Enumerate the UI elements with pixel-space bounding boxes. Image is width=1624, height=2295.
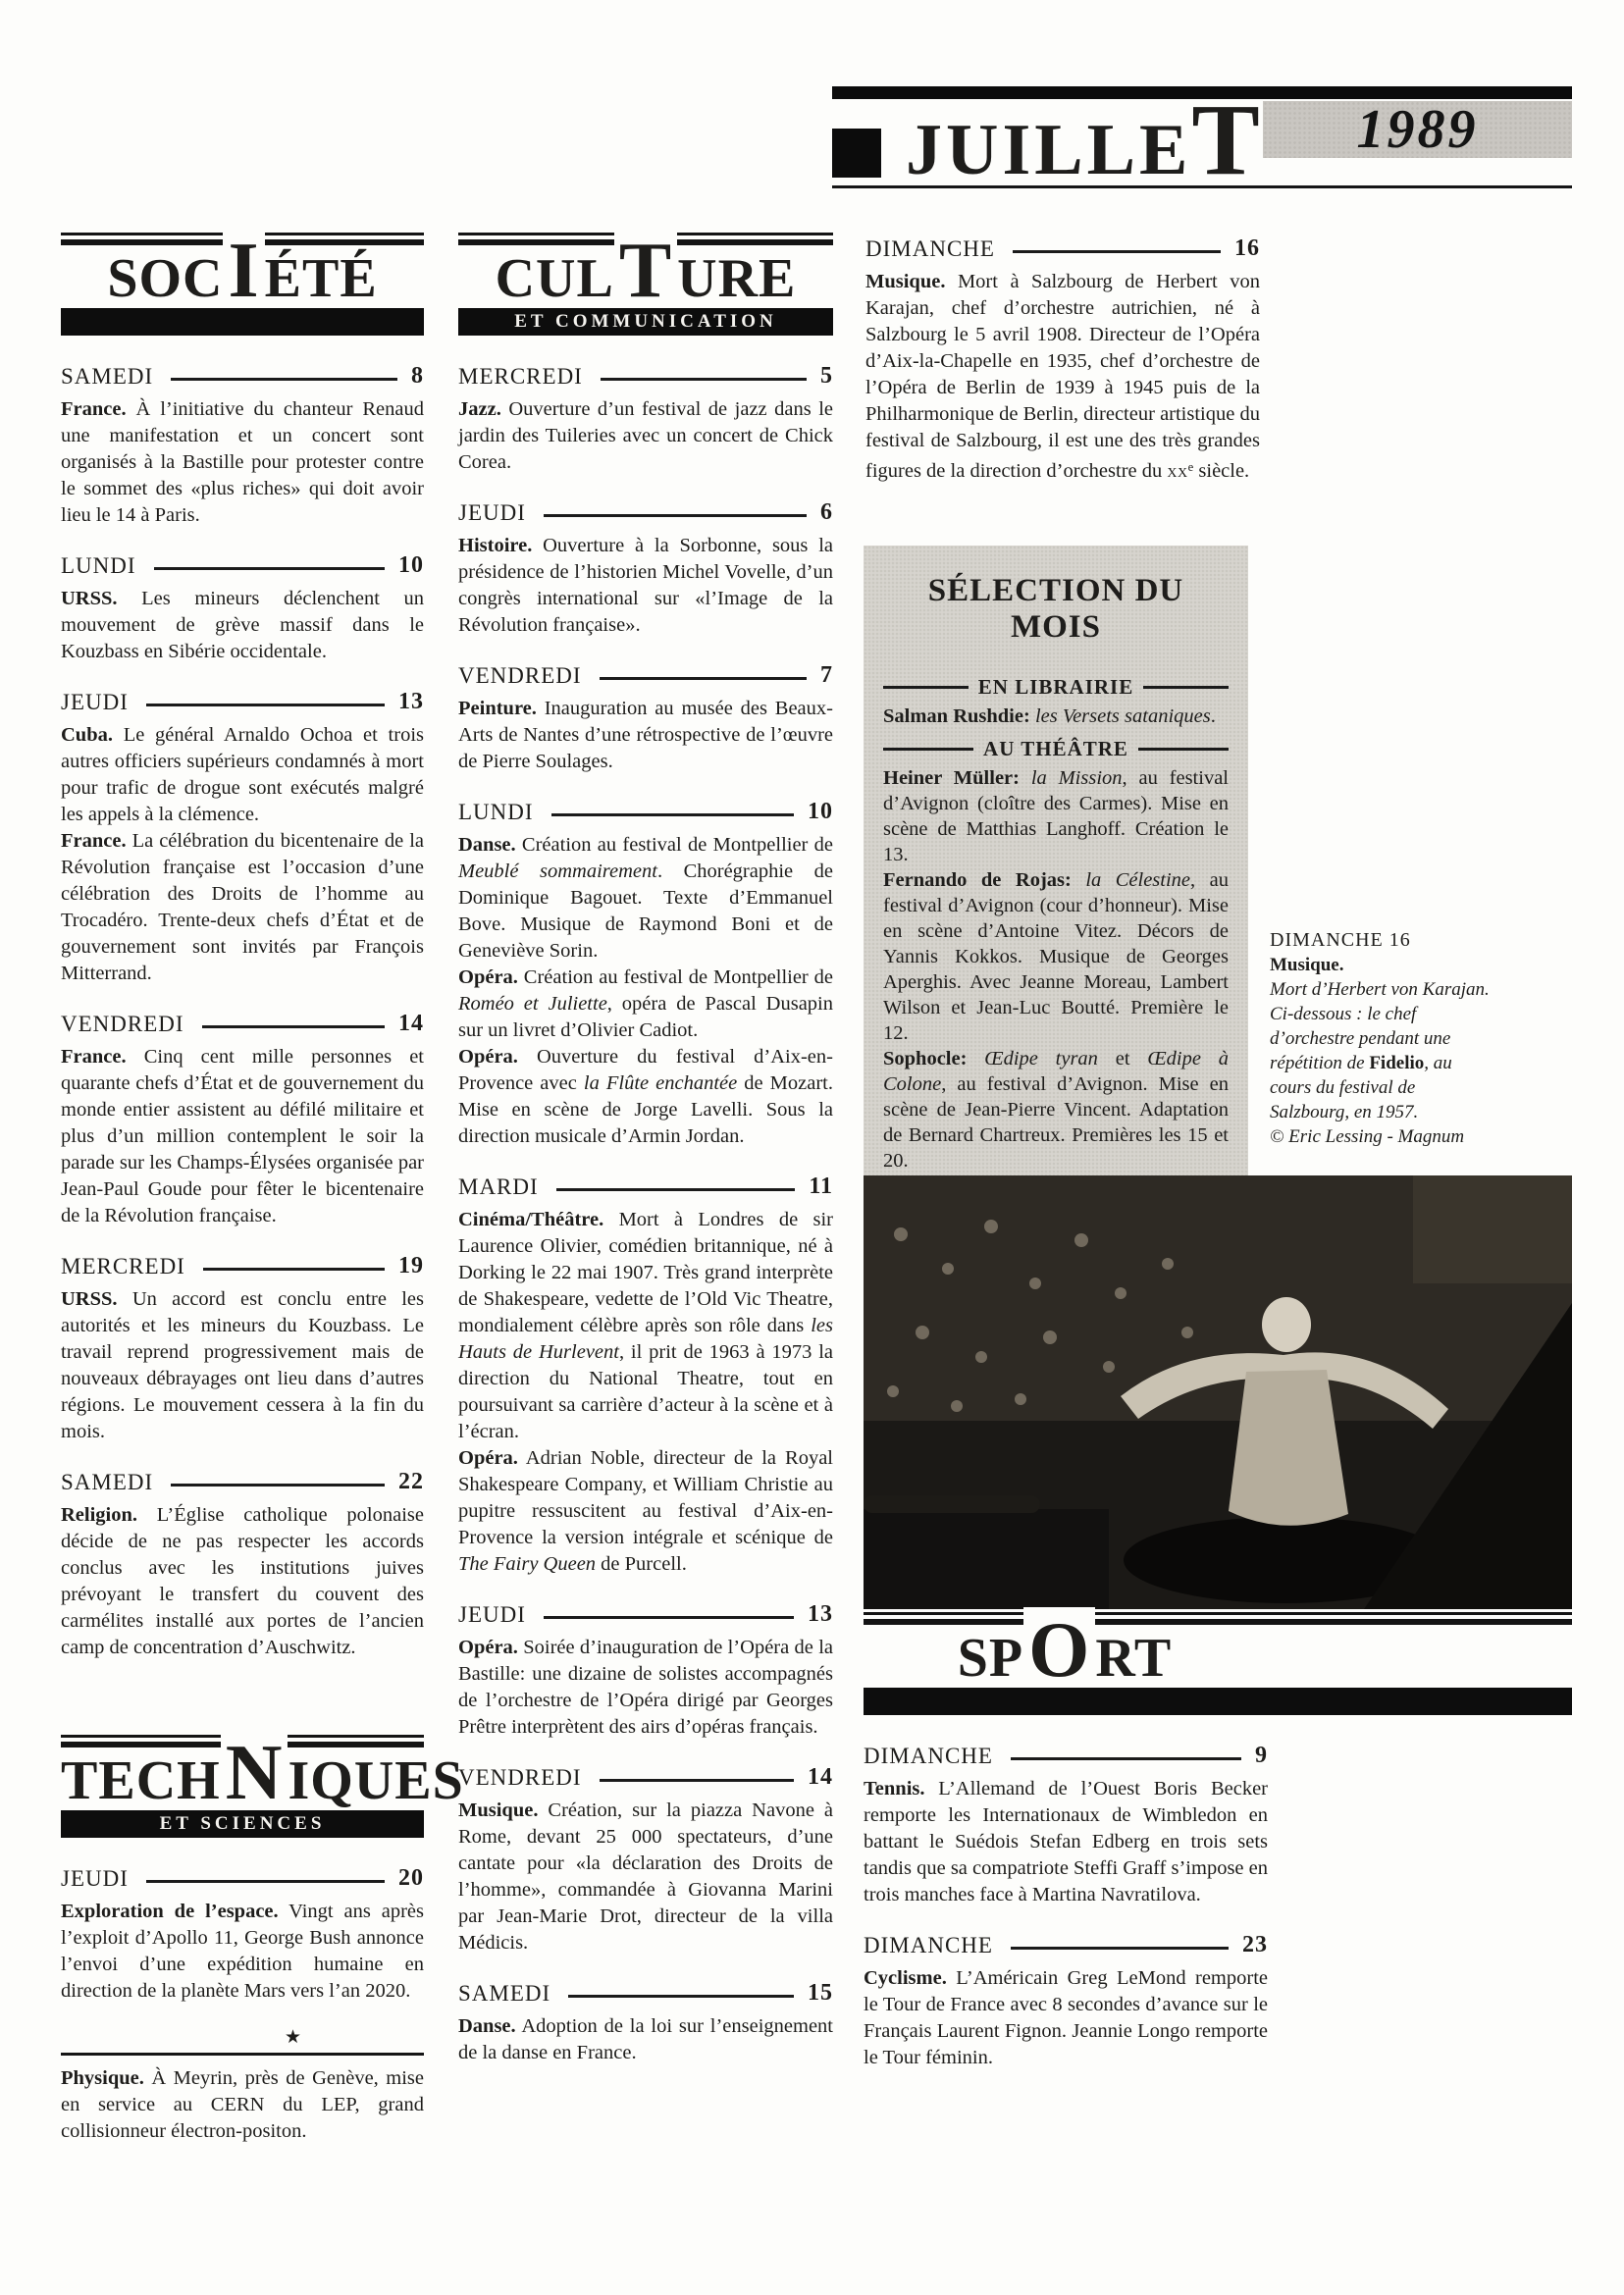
entry-day-number: 13 xyxy=(808,1601,833,1628)
section-subtitle-bar xyxy=(61,308,424,336)
calendar-entry: VENDREDI14France. Cinq cent mille person… xyxy=(61,1011,424,1229)
entry-day-rule xyxy=(544,514,807,517)
entry-paragraph: Peinture. Inauguration au musée des Beau… xyxy=(458,696,833,775)
text-run: Fidelio xyxy=(1369,1053,1424,1073)
entry-paragraph: Opéra. Ouverture du festival d’Aix-en-Pr… xyxy=(458,1044,833,1150)
entry-paragraph: Opéra. Adrian Noble, directeur de la Roy… xyxy=(458,1445,833,1578)
text-run: Religion. xyxy=(61,1504,137,1526)
section-title-part: SOC xyxy=(107,248,223,309)
calendar-entry: DIMANCHE23Cyclisme. L’Américain Greg LeM… xyxy=(864,1932,1268,2071)
caption-line: Musique. xyxy=(1270,953,1493,977)
section-title: SPORT xyxy=(864,1628,1266,1681)
text-run: Opéra. xyxy=(458,1447,518,1469)
text-run: Cinéma/Théâtre. xyxy=(458,1209,603,1230)
text-run: Création au festival de Montpellier de xyxy=(518,966,833,988)
entry-day-rule xyxy=(556,1188,796,1191)
star-icon: ★ xyxy=(285,2027,301,2048)
entry-day-line: SAMEDI15 xyxy=(458,1980,833,2007)
entry-day-line: MARDI11 xyxy=(458,1174,833,1200)
selection-du-mois-box: SÉLECTION DU MOIS EN LIBRAIRIESalman Rus… xyxy=(864,546,1248,1199)
text-run: Ouverture d’un festival de jazz dans le … xyxy=(458,398,833,473)
calendar-entry: JEUDI6Histoire. Ouverture à la Sorbonne,… xyxy=(458,499,833,639)
entry-day: DIMANCHE xyxy=(864,1744,993,1769)
text-run: DIMANCHE 16 xyxy=(1270,929,1411,951)
entry-day-rule xyxy=(146,1880,385,1883)
selection-item: Sophocle: Œdipe tyran et Œdipe à Colone,… xyxy=(883,1046,1229,1174)
techniques-column: TECHNIQUESET SCIENCESJEUDI20Exploration … xyxy=(61,1735,424,2145)
entry-day-line: VENDREDI14 xyxy=(458,1764,833,1791)
entry-paragraph: Danse. Adoption de la loi sur l’enseigne… xyxy=(458,2013,833,2066)
text-run: France. xyxy=(61,398,127,420)
text-run: Tennis. xyxy=(864,1778,925,1799)
calendar-entry: MERCREDI5Jazz. Ouverture d’un festival d… xyxy=(458,363,833,476)
text-run: . xyxy=(1211,705,1216,727)
entry-day-number: 20 xyxy=(398,1865,424,1892)
entry-paragraph: France. Cinq cent mille personnes et qua… xyxy=(61,1044,424,1229)
entry-day-number: 14 xyxy=(808,1764,833,1791)
karajan-photo-art xyxy=(864,1175,1572,1609)
entry-day-number: 7 xyxy=(820,662,833,689)
entry-paragraph: Cinéma/Théâtre. Mort à Londres de sir La… xyxy=(458,1207,833,1445)
entry-day-line: VENDREDI14 xyxy=(61,1011,424,1037)
text-run xyxy=(1072,869,1085,891)
photo-caption: DIMANCHE 16Musique.Mort d’Herbert von Ka… xyxy=(1270,928,1493,1149)
section-title-big-letter: T xyxy=(614,228,677,314)
text-run: Opéra. xyxy=(458,1046,518,1068)
entry-day-line: DIMANCHE23 xyxy=(864,1932,1268,1958)
calendar-entry: VENDREDI7Peinture. Inauguration au musée… xyxy=(458,662,833,775)
selection-group-heading: AU THÉÂTRE xyxy=(883,737,1229,761)
text-run: Physique. xyxy=(61,2067,144,2089)
section-title-big-letter: O xyxy=(1023,1607,1095,1694)
entry-paragraph: Cuba. Le général Arnaldo Ochoa et trois … xyxy=(61,722,424,828)
text-run: France. xyxy=(61,1046,127,1068)
text-run: , au festival d’Avignon (cour d’honneur)… xyxy=(883,869,1229,1044)
section-title-part: IQUES xyxy=(288,1750,463,1811)
entry-day-number: 10 xyxy=(398,552,424,579)
entry-day-number: 15 xyxy=(808,1980,833,2007)
calendar-entry: LUNDI10URSS. Les mineurs déclenchent un … xyxy=(61,552,424,665)
entry-day-number: 10 xyxy=(808,799,833,825)
text-run: Le général Arnaldo Ochoa et trois autres… xyxy=(61,724,424,825)
page-title-big-letter: T xyxy=(1191,83,1259,196)
text-run: Sophocle: xyxy=(883,1048,967,1069)
selection-item: Heiner Müller: la Mission, au festival d… xyxy=(883,765,1229,867)
entry-paragraph: Religion. L’Église catholique polonaise … xyxy=(61,1502,424,1661)
entry-day-rule xyxy=(154,567,385,570)
entry-day-number: 9 xyxy=(1255,1743,1268,1769)
text-run: Un accord est conclu entre les autorités… xyxy=(61,1288,424,1442)
entry-paragraph: URSS. Un accord est conclu entre les aut… xyxy=(61,1286,424,1445)
selection-item: Salman Rushdie: les Versets sataniques. xyxy=(883,704,1229,729)
text-run: Musique. xyxy=(1270,955,1344,975)
entry-paragraph: Opéra. Création au festival de Montpelli… xyxy=(458,965,833,1044)
section-title-big-letter: N xyxy=(221,1730,288,1816)
entry-paragraph: URSS. Les mineurs déclenchent un mouveme… xyxy=(61,586,424,665)
entry-day-number: 23 xyxy=(1242,1932,1268,1958)
text-run: Opéra. xyxy=(458,966,518,988)
caption-line: DIMANCHE 16 xyxy=(1270,928,1493,953)
section-header: CULTUREET COMMUNICATION xyxy=(458,233,833,336)
page-header: JUILLET 1989 xyxy=(829,83,1572,193)
caption-line: Mort d’Herbert von Karajan. Ci-dessous :… xyxy=(1270,977,1493,1124)
page-title: JUILLET xyxy=(906,100,1260,180)
text-run: la Célestine xyxy=(1085,869,1190,891)
calendar-entry: MERCREDI19URSS. Un accord est conclu ent… xyxy=(61,1253,424,1445)
divider-rule xyxy=(61,2053,424,2056)
section-title: CULTURE xyxy=(458,248,833,301)
text-run: La célébration du bicentenaire de la Rév… xyxy=(61,830,424,984)
entry-day-line: SAMEDI8 xyxy=(61,363,424,390)
calendar-entry: JEUDI20Exploration de l’espace. Vingt an… xyxy=(61,1865,424,2005)
entry-day-line: JEUDI13 xyxy=(458,1601,833,1628)
calendar-entry: MARDI11Cinéma/Théâtre. Mort à Londres de… xyxy=(458,1174,833,1578)
caption-line: © Eric Lessing - Magnum xyxy=(1270,1124,1493,1149)
year-label: 1989 xyxy=(1357,98,1479,161)
entry-day: JEUDI xyxy=(61,690,129,715)
karajan-rehearsal-photo xyxy=(864,1175,1572,1609)
section-title-part: CUL xyxy=(496,248,614,309)
heading-rule xyxy=(883,748,973,751)
entry-day-number: 16 xyxy=(1234,235,1260,262)
heading-rule xyxy=(1143,686,1229,689)
entry-day-rule xyxy=(544,1616,794,1619)
entry-day-rule xyxy=(600,1779,794,1782)
entry-day-number: 11 xyxy=(809,1174,833,1200)
entry-day: VENDREDI xyxy=(458,1765,582,1791)
entry-day: SAMEDI xyxy=(458,1981,550,2007)
text-run: Histoire. xyxy=(458,535,532,556)
entry-paragraph: Histoire. Ouverture à la Sorbonne, sous … xyxy=(458,533,833,639)
culture-column: CULTUREET COMMUNICATIONMERCREDI5Jazz. Ou… xyxy=(458,233,833,2090)
text-run: The Fairy Queen xyxy=(458,1553,596,1575)
entry-day: VENDREDI xyxy=(61,1012,184,1037)
section-subtitle-bar: ET SCIENCES xyxy=(61,1810,424,1838)
entry-day-rule xyxy=(1013,250,1221,253)
entry-day-number: 8 xyxy=(411,363,424,390)
calendar-entry: JEUDI13Cuba. Le général Arnaldo Ochoa et… xyxy=(61,689,424,987)
entry-paragraph: Jazz. Ouverture d’un festival de jazz da… xyxy=(458,396,833,476)
text-run: © Eric Lessing - Magnum xyxy=(1270,1126,1464,1147)
entry-paragraph: Tennis. L’Allemand de l’Ouest Boris Beck… xyxy=(864,1776,1268,1908)
entry-paragraph: Exploration de l’espace. Vingt ans après… xyxy=(61,1899,424,2005)
entry-paragraph: Musique. Mort à Salzbourg de Herbert von… xyxy=(865,269,1260,485)
selection-item: Fernando de Rojas: la Célestine, au fest… xyxy=(883,867,1229,1046)
entry-day: SAMEDI xyxy=(61,1470,153,1495)
entry-day-rule xyxy=(203,1268,385,1271)
text-run: Œdipe tyran xyxy=(984,1048,1098,1069)
text-run: URSS. xyxy=(61,1288,118,1310)
text-run: France. xyxy=(61,830,127,852)
entry-day-line: DIMANCHE9 xyxy=(864,1743,1268,1769)
entry-paragraph: Danse. Création au festival de Montpelli… xyxy=(458,832,833,965)
text-run xyxy=(1020,767,1031,789)
text-run: xx xyxy=(1167,460,1187,482)
section-subtitle: ET SCIENCES xyxy=(160,1813,326,1835)
text-run: Roméo et Juliette xyxy=(458,993,607,1015)
sport-section: SPORTDIMANCHE9Tennis. L’Allemand de l’Ou… xyxy=(864,1612,1572,2095)
text-run: Cinq cent mille personnes et quarante ch… xyxy=(61,1046,424,1226)
section-header-rule xyxy=(864,1612,1572,1615)
entry-day-line: MERCREDI19 xyxy=(61,1253,424,1279)
magazine-page: JUILLET 1989 SOCIÉTÉSAMEDI8France. À l’i… xyxy=(0,0,1624,2295)
entry-day-number: 6 xyxy=(820,499,833,526)
entry-day: VENDREDI xyxy=(458,663,582,689)
text-run: de Purcell. xyxy=(596,1553,687,1575)
text-run: Mort à Salzbourg de Herbert von Karajan,… xyxy=(865,271,1260,482)
section-title-big-letter: I xyxy=(223,228,264,314)
section-title: SOCIÉTÉ xyxy=(61,248,424,301)
calendar-entry: SAMEDI15Danse. Adoption de la loi sur l’… xyxy=(458,1980,833,2066)
section-title-part: RT xyxy=(1095,1628,1172,1689)
text-run: L’Église catholique polonaise décide de … xyxy=(61,1504,424,1658)
heading-rule xyxy=(1138,748,1229,751)
entry-day-number: 19 xyxy=(398,1253,424,1279)
text-run: Musique. xyxy=(865,271,945,292)
text-run: Création, sur la piazza Navone à Rome, d… xyxy=(458,1799,833,1954)
section-title-part: URE xyxy=(677,248,796,309)
entry-day: MARDI xyxy=(458,1174,539,1200)
entry-day: JEUDI xyxy=(458,1602,526,1628)
header-underline xyxy=(832,185,1572,188)
heading-rule xyxy=(883,686,969,689)
selection-group-title: AU THÉÂTRE xyxy=(983,737,1128,761)
section-title-part: ÉTÉ xyxy=(265,248,378,309)
text-run: la Mission xyxy=(1031,767,1123,789)
entry-day: SAMEDI xyxy=(61,364,153,390)
selection-group-heading: EN LIBRAIRIE xyxy=(883,675,1229,700)
entry-day: MERCREDI xyxy=(61,1254,185,1279)
entry-day-rule xyxy=(146,704,385,706)
entry-day-line: VENDREDI7 xyxy=(458,662,833,689)
entry-day-rule xyxy=(1011,1947,1229,1950)
entry-day-rule xyxy=(551,813,794,816)
calendar-entry: LUNDI10Danse. Création au festival de Mo… xyxy=(458,799,833,1150)
calendar-entry: JEUDI13Opéra. Soirée d’inauguration de l… xyxy=(458,1601,833,1741)
text-run: la Flûte enchantée xyxy=(584,1072,737,1094)
section-header: TECHNIQUESET SCIENCES xyxy=(61,1735,424,1838)
text-run: Salman Rushdie: xyxy=(883,705,1030,727)
text-run: et xyxy=(1098,1048,1147,1069)
text-run: siècle. xyxy=(1193,460,1249,482)
entry-paragraph: France. La célébration du bicentenaire d… xyxy=(61,828,424,987)
header-bullet-square xyxy=(832,129,881,178)
entry-day-rule xyxy=(1011,1757,1241,1760)
entry-day: DIMANCHE xyxy=(865,236,995,262)
entry-day: LUNDI xyxy=(61,553,136,579)
section-subtitle-bar: ET COMMUNICATION xyxy=(458,308,833,336)
entry-day: DIMANCHE xyxy=(864,1933,993,1958)
societe-column: SOCIÉTÉSAMEDI8France. À l’initiative du … xyxy=(61,233,424,1685)
section-title: TECHNIQUES xyxy=(61,1750,424,1803)
text-run: Peinture. xyxy=(458,698,537,719)
selection-title: SÉLECTION DU MOIS xyxy=(883,573,1229,646)
text-run: Cuba. xyxy=(61,724,113,746)
entry-day-line: JEUDI6 xyxy=(458,499,833,526)
entry-day-rule xyxy=(568,1995,794,1998)
entry-day-line: DIMANCHE16 xyxy=(865,235,1260,262)
text-run: les Versets sataniques xyxy=(1035,705,1211,727)
section-header-rule xyxy=(864,1619,1572,1625)
text-run: Exploration de l’espace. xyxy=(61,1901,279,1922)
entry-paragraph: France. À l’initiative du chanteur Renau… xyxy=(61,396,424,529)
text-run: Danse. xyxy=(458,834,516,856)
entry-day-number: 14 xyxy=(398,1011,424,1037)
text-run: Danse. xyxy=(458,2015,516,2037)
calendar-entry: SAMEDI22Religion. L’Église catholique po… xyxy=(61,1469,424,1661)
selection-groups: EN LIBRAIRIESalman Rushdie: les Versets … xyxy=(883,675,1229,1174)
text-run: Meublé sommairement xyxy=(458,861,657,882)
paragraph: Physique. À Meyrin, près de Genève, mise… xyxy=(61,2065,424,2145)
entry-day-line: LUNDI10 xyxy=(61,552,424,579)
entry-day-line: MERCREDI5 xyxy=(458,363,833,390)
section-header: SPORT xyxy=(864,1612,1572,1715)
star-divider: ★ xyxy=(61,2028,424,2048)
entry-day-rule xyxy=(600,677,807,680)
text-run: Opéra. xyxy=(458,1637,518,1658)
section-subtitle-bar xyxy=(864,1688,1572,1715)
entry-paragraph: Opéra. Soirée d’inauguration de l’Opéra … xyxy=(458,1635,833,1741)
calendar-entry: VENDREDI14Musique. Création, sur la piaz… xyxy=(458,1764,833,1956)
entry-paragraph: Musique. Création, sur la piazza Navone … xyxy=(458,1798,833,1956)
entry-day-line: JEUDI20 xyxy=(61,1865,424,1892)
text-run: Jazz. xyxy=(458,398,501,420)
entry-day-line: JEUDI13 xyxy=(61,689,424,715)
entry-day-rule xyxy=(171,378,397,381)
entry-day-rule xyxy=(202,1025,385,1028)
section-header: SOCIÉTÉ xyxy=(61,233,424,336)
entry-day-line: SAMEDI22 xyxy=(61,1469,424,1495)
entry-day-line: LUNDI10 xyxy=(458,799,833,825)
entry-day-rule xyxy=(601,378,807,381)
text-run: L’Allemand de l’Ouest Boris Becker rempo… xyxy=(864,1778,1268,1905)
text-run: Cyclisme. xyxy=(864,1967,947,1989)
text-run: Création au festival de Montpellier de xyxy=(516,834,833,856)
calendar-entry: SAMEDI8France. À l’initiative du chanteu… xyxy=(61,363,424,529)
entry-paragraph: Cyclisme. L’Américain Greg LeMond rempor… xyxy=(864,1965,1268,2071)
section-title-part: SP xyxy=(958,1628,1023,1689)
text-run: URSS. xyxy=(61,588,118,609)
text-run: Heiner Müller: xyxy=(883,767,1020,789)
entry-day-rule xyxy=(171,1484,385,1487)
entry-day-number: 22 xyxy=(398,1469,424,1495)
selection-group-title: EN LIBRAIRIE xyxy=(978,675,1133,700)
calendar-entry: DIMANCHE16Musique. Mort à Salzbourg de H… xyxy=(865,235,1260,485)
entry-day: MERCREDI xyxy=(458,364,583,390)
text-run: Fernando de Rojas: xyxy=(883,869,1072,891)
calendar-entry: DIMANCHE9Tennis. L’Allemand de l’Ouest B… xyxy=(864,1743,1268,1908)
text-run xyxy=(967,1048,984,1069)
entry-day: LUNDI xyxy=(458,800,534,825)
entry-day: JEUDI xyxy=(61,1866,129,1892)
section-subtitle: ET COMMUNICATION xyxy=(514,311,777,333)
page-title-text: JUILLE xyxy=(906,110,1191,190)
text-run: Musique. xyxy=(458,1799,538,1821)
entry-day-number: 13 xyxy=(398,689,424,715)
section-title-part: TECH xyxy=(61,1750,221,1811)
right-events-column: DIMANCHE16Musique. Mort à Salzbourg de H… xyxy=(865,235,1260,508)
year-badge: 1989 xyxy=(1263,101,1572,158)
entry-day-number: 5 xyxy=(820,363,833,390)
entry-day: JEUDI xyxy=(458,500,526,526)
